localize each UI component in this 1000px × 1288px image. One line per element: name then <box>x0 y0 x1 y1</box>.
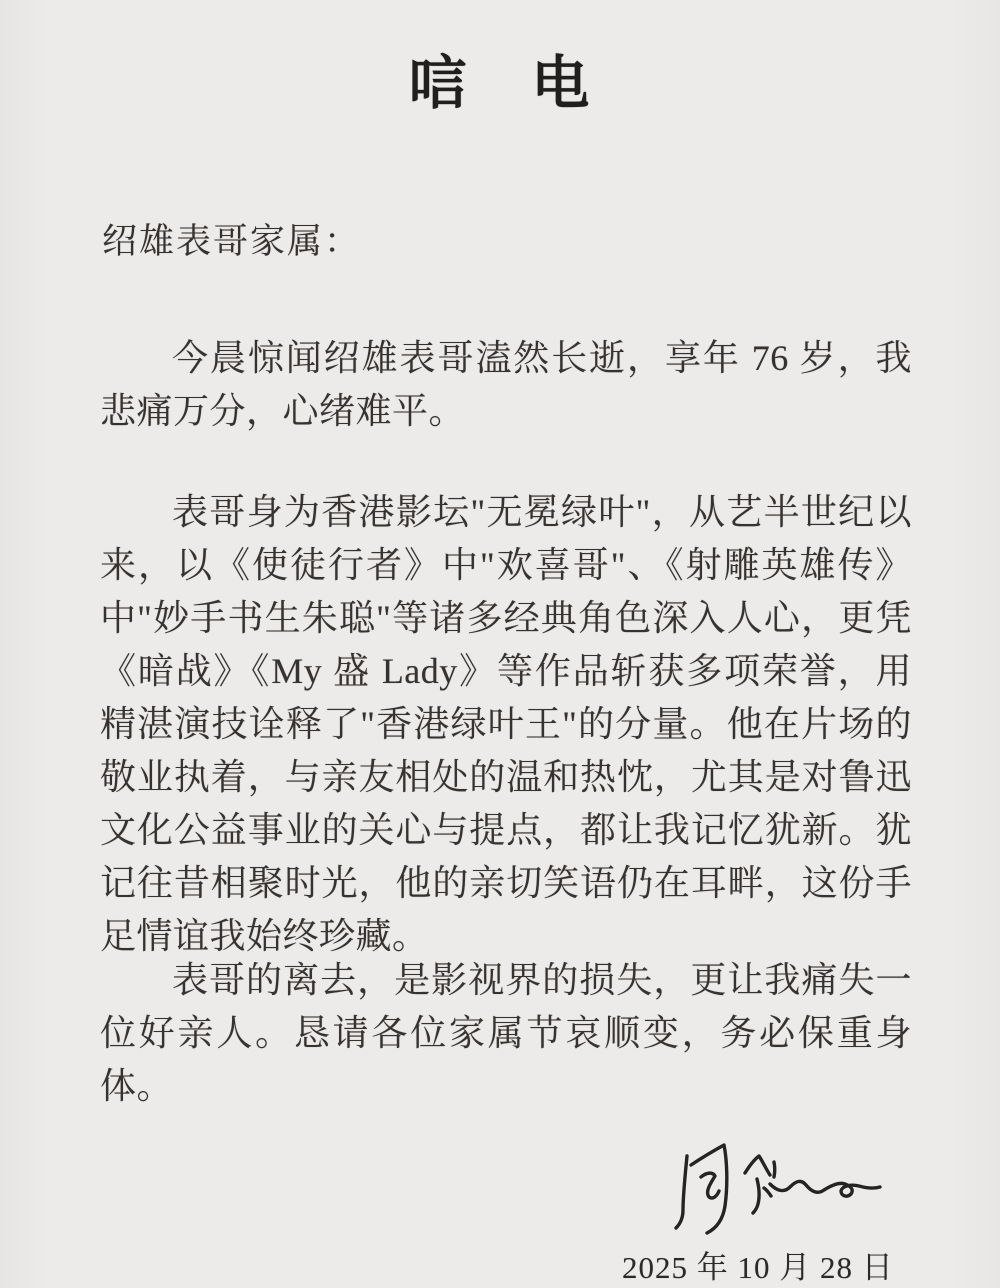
letter-title: 唁 电 <box>0 36 1000 120</box>
paragraph-opening: 今晨惊闻绍雄表哥溘然长逝，享年 76 岁，我悲痛万分，心绪难平。 <box>100 332 912 438</box>
letter-date: 2025 年 10 月 28 日 <box>622 1242 894 1287</box>
signature-handwriting-icon <box>660 1128 900 1248</box>
salutation: 绍雄表哥家属： <box>102 214 361 264</box>
condolence-letter: 唁 电 绍雄表哥家属： 今晨惊闻绍雄表哥溘然长逝，享年 76 岁，我悲痛万分，心… <box>0 0 1000 1288</box>
paragraph-condolence: 表哥的离去，是影视界的损失，更让我痛失一位好亲人。恳请各位家属节哀顺变，务必保重… <box>100 954 912 1113</box>
signature <box>660 1128 900 1248</box>
paragraph-tribute: 表哥身为香港影坛"无冕绿叶"，从艺半世纪以来，以《使徒行者》中"欢喜哥"、《射雕… <box>100 486 912 963</box>
